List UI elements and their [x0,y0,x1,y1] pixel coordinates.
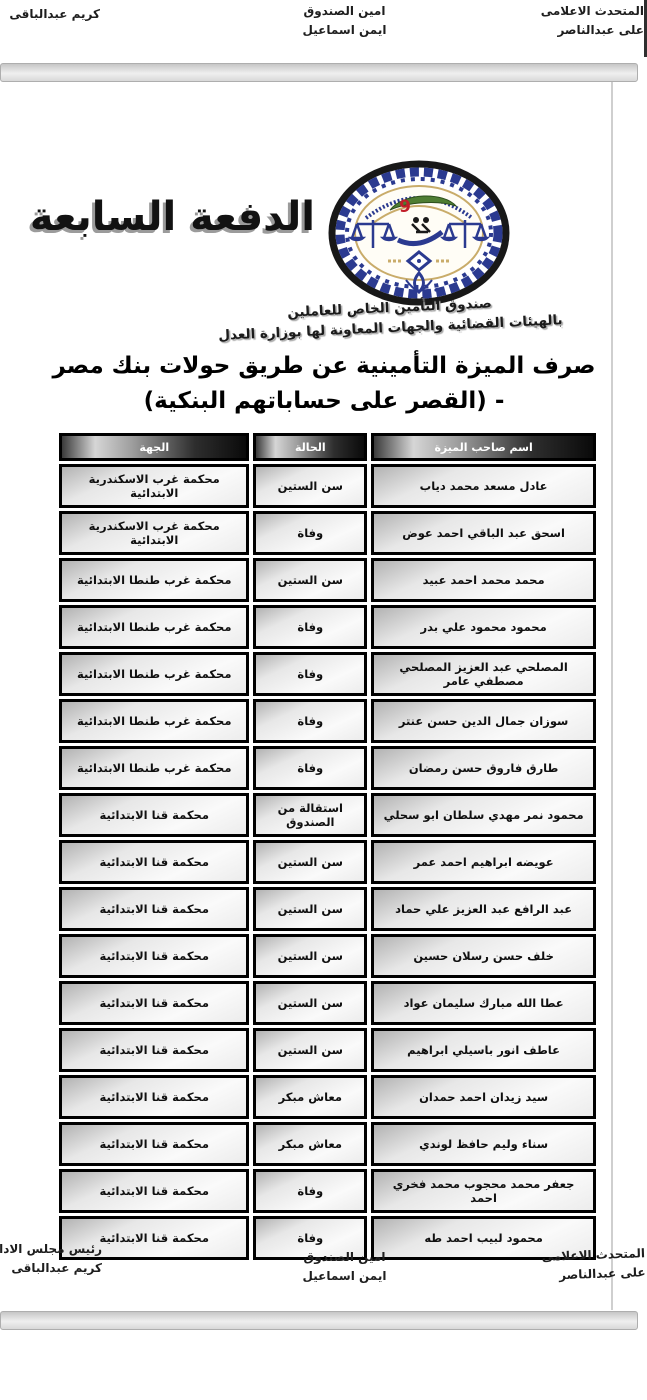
table-row: عطا الله مبارك سليمان عوادسن الستينمحكمة… [59,981,596,1025]
cell-entity: محكمة قنا الابتدائية [59,981,249,1025]
cell-beneficiary-name: عادل مسعد محمد دياب [371,464,596,508]
table-row: عادل مسعد محمد ديابسن الستينمحكمة غرب ال… [59,464,596,508]
batch-title: الدفعة السابعة [50,194,315,240]
cell-status: وفاة [253,652,367,696]
table-row: خلف حسن رسلان حسينسن الستينمحكمة قنا الا… [59,934,596,978]
cell-beneficiary-name: عبد الرافع عبد العزيز علي حماد [371,887,596,931]
table-row: سوزان جمال الدين حسن عنتروفاةمحكمة غرب ط… [59,699,596,743]
table-row: اسحق عبد الباقي احمد عوضوفاةمحكمة غرب ال… [59,511,596,555]
table-row: عبد الرافع عبد العزيز علي حمادسن الستينم… [59,887,596,931]
cell-status: وفاة [253,511,367,555]
cell-status: سن الستين [253,1028,367,1072]
cell-status: وفاة [253,699,367,743]
cell-status: سن الستين [253,464,367,508]
cell-entity: محكمة قنا الابتدائية [59,1122,249,1166]
cell-beneficiary-name: محمد محمد احمد عبيد [371,558,596,602]
table-row: محمود نمر مهدي سلطان ابو سحلياستقالة من … [59,793,596,837]
signatory-name: كريم عبدالباقى [0,1259,102,1278]
cell-beneficiary-name: اسحق عبد الباقي احمد عوض [371,511,596,555]
cell-status: وفاة [253,746,367,790]
table-row: جعفر محمد محجوب محمد فخري احمدوفاةمحكمة … [59,1169,596,1213]
cell-entity: محكمة قنا الابتدائية [59,1169,249,1213]
signatory-name: على عبدالناصر [542,1263,646,1285]
cell-beneficiary-name: جعفر محمد محجوب محمد فخري احمد [371,1169,596,1213]
cell-beneficiary-name: طارق فاروق حسن رمضان [371,746,596,790]
signatory-title: رئيس مجلس الادارة [0,1240,102,1259]
table-row: المصلحي عبد العزيز المصلحي مصطفي عامروفا… [59,652,596,696]
cell-status: سن الستين [253,840,367,884]
document-subtitle: صرف الميزة التأمينية عن طريق حولات بنك م… [38,349,610,418]
divider-bar-top [0,63,638,82]
cell-beneficiary-name: محمود نمر مهدي سلطان ابو سحلي [371,793,596,837]
org-name: صندوق التأمين الخاص للعاملين بالهيئات ال… [194,290,585,347]
cell-entity: محكمة قنا الابتدائية [59,793,249,837]
signatory-name: ايمن اسماعيل [287,1267,402,1286]
cell-status: معاش مبكر [253,1122,367,1166]
cell-status: وفاة [253,605,367,649]
table-row: عاطف انور باسيلي ابراهيمسن الستينمحكمة ق… [59,1028,596,1072]
cell-entity: محكمة غرب الاسكندرية الابتدائية [59,464,249,508]
cell-entity: محكمة قنا الابتدائية [59,934,249,978]
col-header-entity: الجهة [59,433,249,461]
col-header-status: الحالة [253,433,367,461]
signatory-title: المتحدث الاعلامى [541,2,644,21]
bottom-signatory-chairman: رئيس مجلس الادارة كريم عبدالباقى [0,1240,102,1277]
signatory-title: امين الصندوق [287,1248,402,1267]
cell-status: سن الستين [253,981,367,1025]
col-header-beneficiary-name: اسم صاحب الميزة [371,433,596,461]
cell-status: سن الستين [253,934,367,978]
fund-logo: 9 [328,160,510,306]
top-signatory-spokesman: المتحدث الاعلامى على عبدالناصر [541,2,644,39]
cell-status: سن الستين [253,558,367,602]
table-row: طارق فاروق حسن رمضانوفاةمحكمة غرب طنطا ا… [59,746,596,790]
table-row: سيد زيدان احمد حمدانمعاش مبكرمحكمة قنا ا… [59,1075,596,1119]
page-edge-line [611,82,613,1310]
cell-entity: محكمة غرب طنطا الابتدائية [59,699,249,743]
bottom-signatory-spokesman: المتحدث الاعلامى على عبدالناصر [541,1244,646,1285]
cell-entity: محكمة قنا الابتدائية [59,1028,249,1072]
cell-status: وفاة [253,1169,367,1213]
cell-status: سن الستين [253,887,367,931]
cell-entity: محكمة غرب طنطا الابتدائية [59,652,249,696]
cell-beneficiary-name: عطا الله مبارك سليمان عواد [371,981,596,1025]
cell-entity: محكمة غرب طنطا الابتدائية [59,558,249,602]
signatory-title: امين الصندوق [287,2,402,21]
cell-entity: محكمة قنا الابتدائية [59,840,249,884]
subtitle-line1: صرف الميزة التأمينية عن طريق حولات بنك م… [38,349,610,384]
table-row: سناء وليم حافظ لونديمعاش مبكرمحكمة قنا ا… [59,1122,596,1166]
cell-entity: محكمة قنا الابتدائية [59,887,249,931]
cell-beneficiary-name: المصلحي عبد العزيز المصلحي مصطفي عامر [371,652,596,696]
bottom-signatory-treasurer: امين الصندوق ايمن اسماعيل [287,1248,402,1285]
top-signatory-chairman: كريم عبدالباقى [9,5,100,24]
table-header-row: اسم صاحب الميزة الحالة الجهة [59,433,596,461]
cell-status: معاش مبكر [253,1075,367,1119]
fund-logo-emblem: 9 [328,160,510,306]
signatory-name: كريم عبدالباقى [9,5,100,24]
cell-status: استقالة من الصندوق [253,793,367,837]
table-row: محمود محمود علي بدروفاةمحكمة غرب طنطا ال… [59,605,596,649]
cell-entity: محكمة غرب طنطا الابتدائية [59,605,249,649]
table-row: عويضه ابراهيم احمد عمرسن الستينمحكمة قنا… [59,840,596,884]
beneficiaries-table: اسم صاحب الميزة الحالة الجهة عادل مسعد م… [55,430,600,1263]
cell-beneficiary-name: سيد زيدان احمد حمدان [371,1075,596,1119]
table-row: محمد محمد احمد عبيدسن الستينمحكمة غرب طن… [59,558,596,602]
cell-beneficiary-name: خلف حسن رسلان حسين [371,934,596,978]
cell-beneficiary-name: عويضه ابراهيم احمد عمر [371,840,596,884]
cell-entity: محكمة غرب طنطا الابتدائية [59,746,249,790]
cell-entity: محكمة قنا الابتدائية [59,1075,249,1119]
cell-beneficiary-name: سناء وليم حافظ لوندي [371,1122,596,1166]
divider-bar-bottom [0,1311,638,1330]
top-signatory-treasurer: امين الصندوق ايمن اسماعيل [287,2,402,39]
cell-entity: محكمة غرب الاسكندرية الابتدائية [59,511,249,555]
cell-beneficiary-name: سوزان جمال الدين حسن عنتر [371,699,596,743]
cell-beneficiary-name: عاطف انور باسيلي ابراهيم [371,1028,596,1072]
subtitle-line2: - (القصر على حساباتهم البنكية) [38,384,610,419]
cell-beneficiary-name: محمود محمود علي بدر [371,605,596,649]
scanned-document-page: المتحدث الاعلامى على عبدالناصر امين الصن… [0,0,647,1400]
logo-numeral: 9 [399,197,411,217]
signatory-name: على عبدالناصر [541,21,644,40]
signatory-name: ايمن اسماعيل [287,21,402,40]
